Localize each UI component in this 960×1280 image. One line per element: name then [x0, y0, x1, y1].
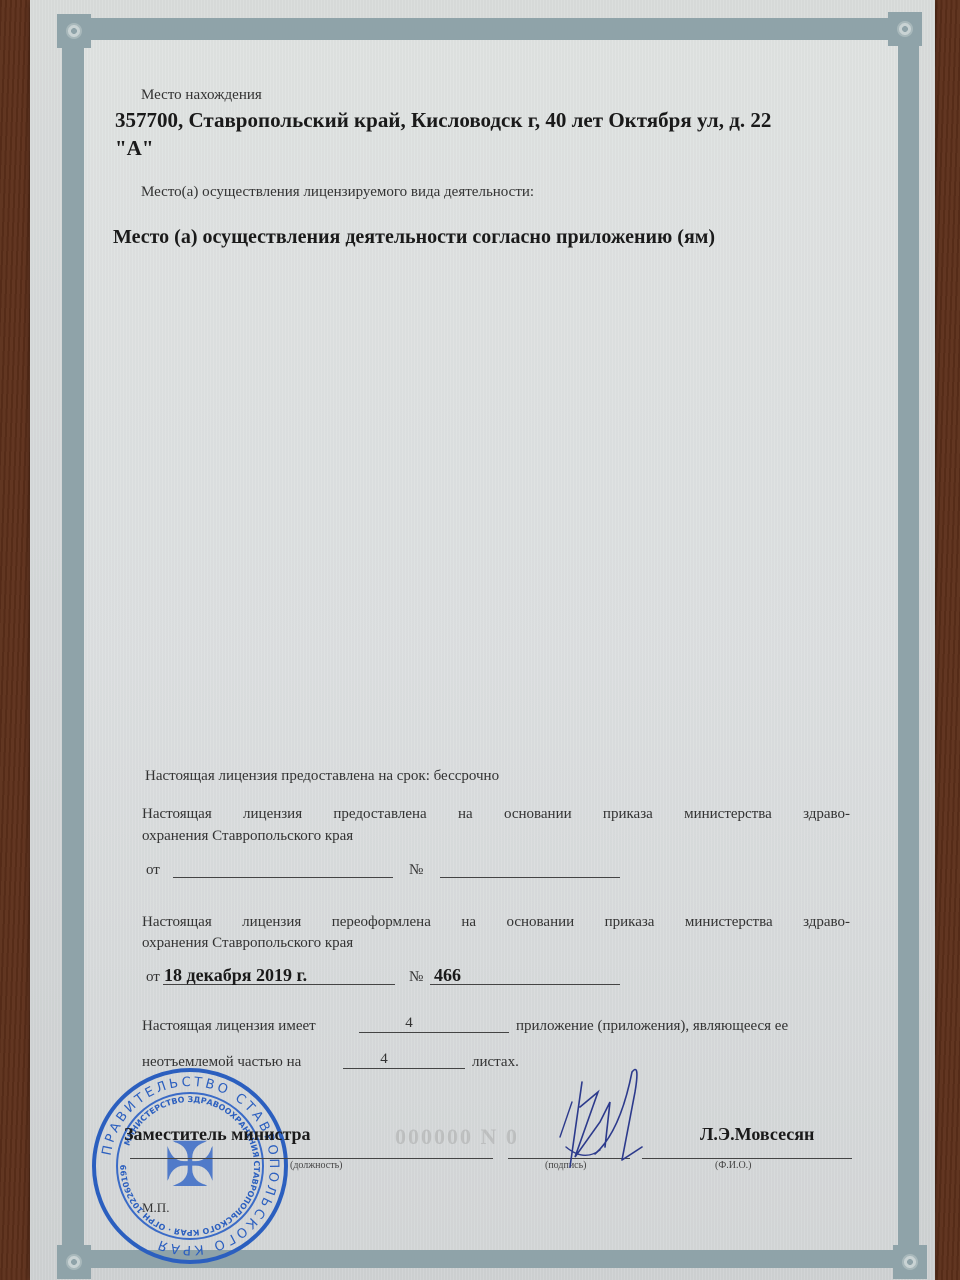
reissued-number-label: № [409, 969, 423, 986]
official-seal-stamp: ✠ ПРАВИТЕЛЬСТВО СТАВРОПОЛЬСКОГО КРАЯ МИН… [92, 1068, 288, 1264]
reissued-from-label: от [146, 969, 160, 986]
corner-ornament-icon [893, 1245, 927, 1279]
activity-places-label: Место(а) осуществления лицензируемого ви… [141, 184, 534, 201]
granted-basis-line-1: Настоящая лицензия предоставлена на осно… [142, 806, 850, 823]
sheets-count: 4 [343, 1051, 425, 1068]
reissued-basis-line-2: охранения Ставропольского края [142, 935, 353, 952]
reissued-basis-line-1: Настоящая лицензия переоформлена на осно… [142, 914, 850, 931]
reissued-date-value: 18 декабря 2019 г. [164, 965, 307, 986]
appendix-count-field [359, 1032, 509, 1033]
position-value: Заместитель министра [124, 1124, 311, 1145]
reissued-number-value: 466 [434, 965, 461, 986]
sheets-text-2: листах. [472, 1054, 519, 1071]
appendix-text-1: Настоящая лицензия имеет [142, 1018, 316, 1035]
bleed-through-serial: 000000 N 0 [395, 1124, 519, 1150]
appendix-count: 4 [359, 1015, 459, 1032]
address-line-1: 357700, Ставропольский край, Кисловодск … [115, 108, 771, 133]
corner-ornament-icon [57, 1245, 91, 1279]
corner-ornament-icon [57, 14, 91, 48]
granted-date-field [173, 877, 393, 878]
appendix-text-2: приложение (приложения), являющееся ее [516, 1018, 788, 1035]
granted-basis-line-2: охранения Ставропольского края [142, 828, 353, 845]
granted-number-field [440, 877, 620, 878]
frame-border-left [62, 18, 84, 1268]
stamp-ring-text: ПРАВИТЕЛЬСТВО СТАВРОПОЛЬСКОГО КРАЯ МИНИС… [92, 1068, 288, 1264]
sheets-count-field [343, 1068, 465, 1069]
position-caption: (должность) [290, 1160, 343, 1171]
position-line [130, 1158, 493, 1159]
activity-places-value: Место (а) осуществления деятельности сог… [113, 226, 715, 249]
handwritten-signature-icon [540, 1062, 680, 1182]
address-line-2: "А" [115, 136, 153, 161]
frame-border-top [60, 18, 915, 40]
corner-ornament-icon [888, 12, 922, 46]
granted-number-label: № [409, 862, 423, 879]
signatory-name: Л.Э.Мовсесян [700, 1124, 814, 1145]
granted-from-label: от [146, 862, 160, 879]
frame-border-right [898, 18, 919, 1268]
seal-label: М.П. [142, 1200, 169, 1216]
name-caption: (Ф.И.О.) [715, 1160, 752, 1171]
license-term: Настоящая лицензия предоставлена на срок… [145, 768, 499, 785]
location-label: Место нахождения [141, 87, 262, 104]
